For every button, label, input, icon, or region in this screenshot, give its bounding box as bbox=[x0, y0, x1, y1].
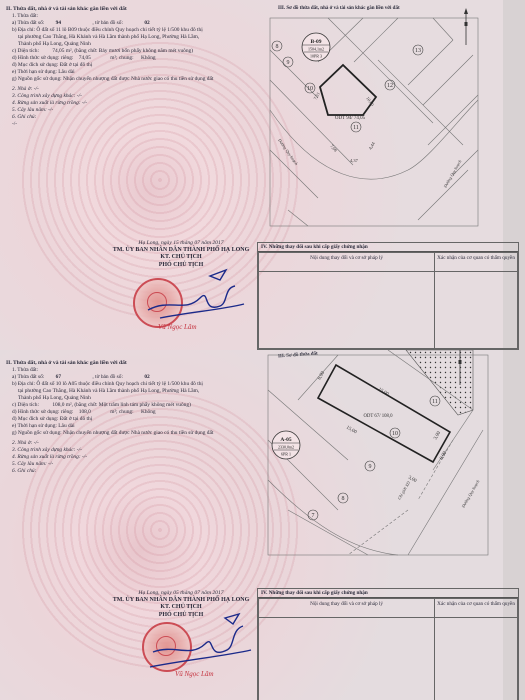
dimension: 6,00 bbox=[317, 370, 326, 381]
land-heading: 1. Thửa đất: bbox=[6, 13, 256, 20]
usage-form-label: d) Hình thức sử dụng: riêng: bbox=[12, 409, 73, 415]
parcel-no: 94 bbox=[56, 20, 61, 26]
changes-cell bbox=[259, 618, 435, 700]
lot-number: 13 bbox=[415, 48, 421, 54]
item-house: 2. Nhà ở: -/- bbox=[6, 86, 256, 93]
address-label: b) Địa chỉ: bbox=[12, 27, 35, 33]
address-line: Thành phố Hạ Long, Quảng Ninh bbox=[6, 41, 256, 48]
item-production-forest: 4. Rừng sản xuất là rừng trồng: -/- bbox=[6, 100, 256, 107]
block-stamp: A-05 2330,0m2 6PR 1 bbox=[272, 431, 300, 459]
item-house: 2. Nhà ở: -/- bbox=[6, 440, 256, 447]
lot-number: 7 bbox=[312, 513, 315, 519]
area-value: 108,0 bbox=[52, 402, 64, 408]
item-production-forest: 4. Rừng sản xuất là rừng trồng: -/- bbox=[6, 454, 256, 461]
lot-number: 9 bbox=[369, 464, 372, 470]
item-other-construction: 3. Công trình xây dựng khác: -/- bbox=[6, 447, 256, 454]
road-label: Đường Quy hoạch bbox=[277, 137, 299, 166]
parcel-map: 7 8 9 10 11 ODT 67/ 108,0 6,00 15,00 15,… bbox=[258, 350, 523, 580]
dimension: 6,00 bbox=[439, 450, 448, 461]
lot-number: 12 bbox=[387, 83, 393, 89]
item-perennial-trees: 5. Cây lâu năm: -/- bbox=[6, 107, 256, 114]
area-label: c) Diện tích: bbox=[12, 48, 39, 54]
land-heading: 1. Thửa đất: bbox=[6, 367, 256, 374]
address-label: b) Địa chỉ: bbox=[12, 381, 35, 387]
dimension: 7,51 bbox=[313, 91, 322, 101]
usage-common-label: m²; chung: bbox=[110, 55, 133, 61]
parcel-no-label: a) Thửa đất số: bbox=[12, 20, 44, 26]
block-stamp: B-09 1504,1m2 10PR 3 bbox=[302, 33, 330, 61]
parcel-label: ODT 94/ 74,05 bbox=[335, 116, 366, 121]
section-2-heading: II. Thửa đất, nhà ở và tài sản khác gắn … bbox=[6, 360, 256, 367]
term-label: e) Thời hạn sử dụng: bbox=[12, 423, 57, 429]
origin-label: g) Nguồn gốc sử dụng: bbox=[12, 430, 62, 436]
dimension: 15,00 bbox=[345, 425, 358, 435]
term-value: Lâu dài bbox=[58, 69, 74, 75]
road-label: Đường Quy hoạch bbox=[442, 159, 462, 189]
lot-number: 10 bbox=[307, 86, 313, 92]
purpose-value: Đất ở tại đô thị bbox=[60, 62, 93, 68]
map-sheet: 02 bbox=[144, 374, 149, 380]
usage-common-label: m²; chung: bbox=[110, 409, 133, 415]
lot-number: 10 bbox=[392, 431, 398, 437]
handwritten-signature-icon bbox=[140, 268, 250, 323]
block-label: B-09 bbox=[311, 39, 322, 45]
map-sheet-label: , tờ bản đồ số: bbox=[92, 20, 123, 26]
block-lots: 6PR 1 bbox=[281, 452, 291, 457]
item-notes: 6. Ghi chú: bbox=[6, 114, 256, 121]
section-2-land-info: II. Thửa đất, nhà ở và tài sản khác gắn … bbox=[6, 360, 256, 475]
setback-label: Chỉ giới XD bbox=[397, 480, 412, 500]
road-label: Đường Quy hoạch bbox=[460, 479, 480, 509]
address-line: tại phường Cao Thắng, Hà Khánh và Hà Lầm… bbox=[6, 34, 256, 41]
item-notes: 6. Ghi chú: bbox=[6, 468, 256, 475]
item-other-construction: 3. Công trình xây dựng khác: -/- bbox=[6, 93, 256, 100]
address-line: Ô đất số 10 lô A05 thuộc điều chỉnh Quy … bbox=[36, 381, 203, 387]
section-2-land-info: II. Thửa đất, nhà ở và tài sản khác gắn … bbox=[6, 6, 256, 128]
origin-label: g) Nguồn gốc sử dụng: bbox=[12, 76, 62, 82]
address-line: Ô đất số 11 lô B09 thuộc điều chỉnh Quy … bbox=[36, 27, 202, 33]
area-text: m², (bằng chữ: Một trăm linh tám phẩy kh… bbox=[66, 402, 191, 408]
purpose-label: đ) Mục đích sử dụng: bbox=[12, 62, 58, 68]
map-sheet: 02 bbox=[144, 20, 149, 26]
lot-number: 8 bbox=[276, 44, 279, 50]
north-arrow-icon bbox=[464, 8, 468, 45]
address-line: tại phường Cao Thắng, Hà Khánh và Hà Lầm… bbox=[6, 388, 256, 395]
term-label: e) Thời hạn sử dụng: bbox=[12, 69, 57, 75]
hatched-area bbox=[406, 350, 473, 415]
notes-dash: -/- bbox=[6, 121, 256, 128]
signer-name: Vũ Ngọc Lâm bbox=[158, 323, 197, 331]
usage-common: Không bbox=[141, 409, 156, 415]
parcel-label: ODT 67/ 108,0 bbox=[363, 414, 393, 419]
changes-cell bbox=[259, 272, 435, 349]
lot-number: 8 bbox=[342, 496, 345, 502]
block-lots: 10PR 3 bbox=[310, 54, 322, 59]
area-value: 74,05 bbox=[52, 48, 64, 54]
dimension: 3,00 bbox=[433, 430, 442, 441]
area-text: m², (bằng chữ: Bảy mươi bốn phẩy không n… bbox=[66, 48, 193, 54]
purpose-value: Đất ở tại đô thị bbox=[60, 416, 93, 422]
parcel-no-label: a) Thửa đất số: bbox=[12, 374, 44, 380]
address-line: Thành phố Hạ Long, Quảng Ninh bbox=[6, 395, 256, 402]
certificate-bottom: II. Thửa đất, nhà ở và tài sản khác gắn … bbox=[0, 350, 525, 700]
dimension: 7,68 bbox=[328, 143, 338, 153]
handwritten-signature-icon bbox=[145, 612, 255, 672]
signature-block: Hạ Long, ngày 15 tháng 07 năm 2017 TM. Ủ… bbox=[86, 240, 276, 269]
col-header-changes: Nội dung thay đổi và cơ sở pháp lý bbox=[259, 599, 435, 618]
map-sheet-label: , tờ bản đồ số: bbox=[92, 374, 123, 380]
role-chairman: KT. CHỦ TỊCH bbox=[86, 604, 276, 611]
certificate-top: II. Thửa đất, nhà ở và tài sản khác gắn … bbox=[0, 0, 525, 350]
confirmation-cell bbox=[435, 272, 518, 349]
area-label: c) Diện tích: bbox=[12, 402, 39, 408]
role-chairman: KT. CHỦ TỊCH bbox=[86, 254, 276, 261]
section-4-changes: IV. Những thay đổi sau khi cấp giấy chứn… bbox=[257, 588, 519, 700]
lot-number: 11 bbox=[353, 125, 359, 131]
col-header-changes: Nội dung thay đổi và cơ sở pháp lý bbox=[259, 253, 435, 272]
col-header-confirmation: Xác nhận của cơ quan có thẩm quyền bbox=[435, 253, 518, 272]
section-2-heading: II. Thửa đất, nhà ở và tài sản khác gắn … bbox=[6, 6, 256, 13]
item-perennial-trees: 5. Cây lâu năm: -/- bbox=[6, 461, 256, 468]
usage-form-label: d) Hình thức sử dụng: riêng: bbox=[12, 55, 73, 61]
usage-common: Không bbox=[141, 55, 156, 61]
section-4-changes: IV. Những thay đổi sau khi cấp giấy chứn… bbox=[257, 242, 519, 350]
dimension: 4,44 bbox=[368, 141, 378, 151]
usage-private: 108,0 bbox=[79, 409, 91, 415]
origin-value: Nhận chuyển nhượng đất được Nhà nước gia… bbox=[63, 76, 213, 82]
lot-number: 11 bbox=[432, 399, 438, 405]
col-header-confirmation: Xác nhận của cơ quan có thẩm quyền bbox=[435, 599, 518, 618]
parcel-no: 67 bbox=[56, 374, 61, 380]
parcel-map: 8 9 10 11 12 13 ODT 94/ 74,05 7,51 10,00… bbox=[258, 0, 523, 232]
lot-number: 9 bbox=[287, 60, 290, 66]
section-4-heading: IV. Những thay đổi sau khi cấp giấy chứn… bbox=[258, 243, 518, 252]
origin-value: Nhận chuyển nhượng đất được Nhà nước gia… bbox=[63, 430, 213, 436]
block-label: A-05 bbox=[280, 437, 292, 443]
signer-name: Vũ Ngọc Lâm bbox=[175, 670, 214, 678]
usage-private: 74,05 bbox=[79, 55, 91, 61]
section-4-heading: IV. Những thay đổi sau khi cấp giấy chứn… bbox=[258, 589, 518, 598]
term-value: Lâu dài bbox=[58, 423, 74, 429]
purpose-label: đ) Mục đích sử dụng: bbox=[12, 416, 58, 422]
confirmation-cell bbox=[435, 618, 518, 700]
